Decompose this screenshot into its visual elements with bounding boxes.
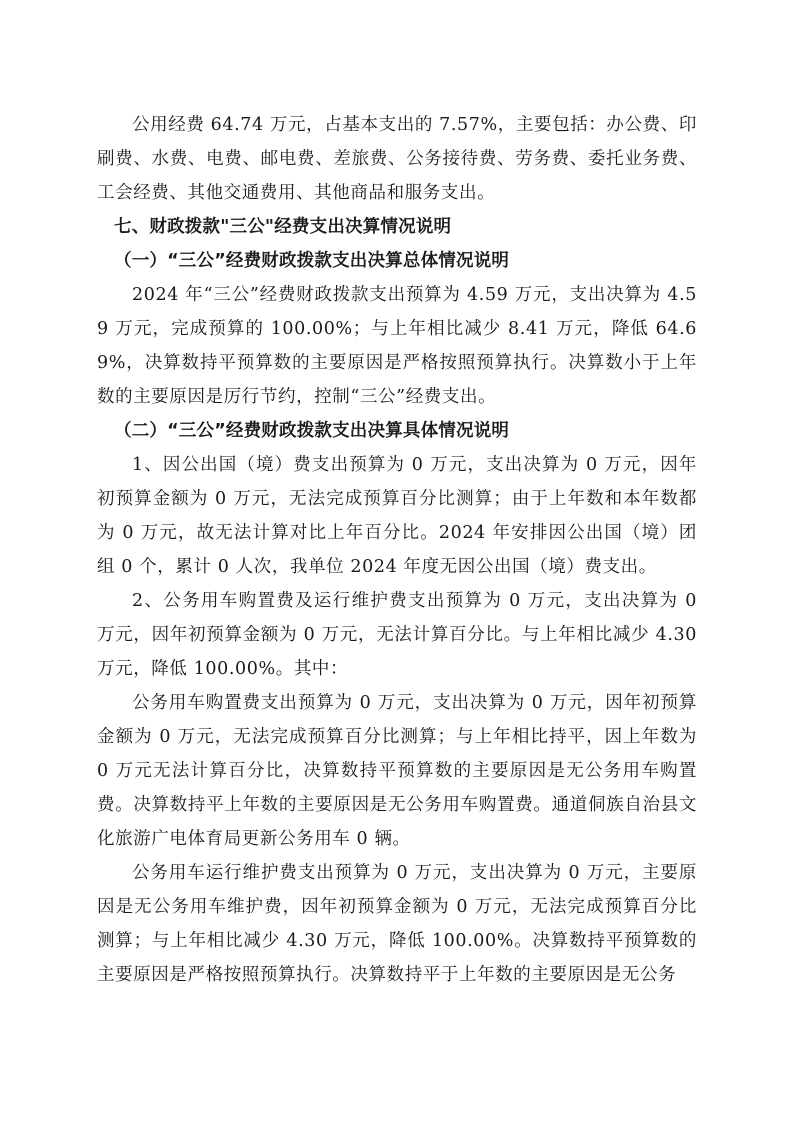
paragraph-vehicle-maintenance: 公务用车运行维护费支出预算为 0 万元，支出决算为 0 万元，主要原因是无公务用… [97,856,697,992]
paragraph-three-public-overall: 2024 年“三公”经费财政拨款支出预算为 4.59 万元，支出决算为 4.59… [97,278,697,414]
paragraph-overseas-travel: 1、因公出国（境）费支出预算为 0 万元，支出决算为 0 万元，因年初预算金额为… [97,448,697,584]
subsection-heading-two: （二）“三公”经费财政拨款支出决算具体情况说明 [97,414,697,448]
document-page: 公用经费 64.74 万元，占基本支出的 7.57%，主要包括：办公费、印刷费、… [97,108,697,992]
paragraph-vehicle-total: 2、公务用车购置费及运行维护费支出预算为 0 万元，支出决算为 0 万元，因年初… [97,584,697,686]
subsection-heading-one: （一）“三公”经费财政拨款支出决算总体情况说明 [97,244,697,278]
paragraph-public-expenses: 公用经费 64.74 万元，占基本支出的 7.57%，主要包括：办公费、印刷费、… [97,108,697,210]
paragraph-vehicle-purchase: 公务用车购置费支出预算为 0 万元，支出决算为 0 万元，因年初预算金额为 0 … [97,686,697,856]
section-heading-seven: 七、财政拨款"三公"经费支出决算情况说明 [97,210,697,244]
